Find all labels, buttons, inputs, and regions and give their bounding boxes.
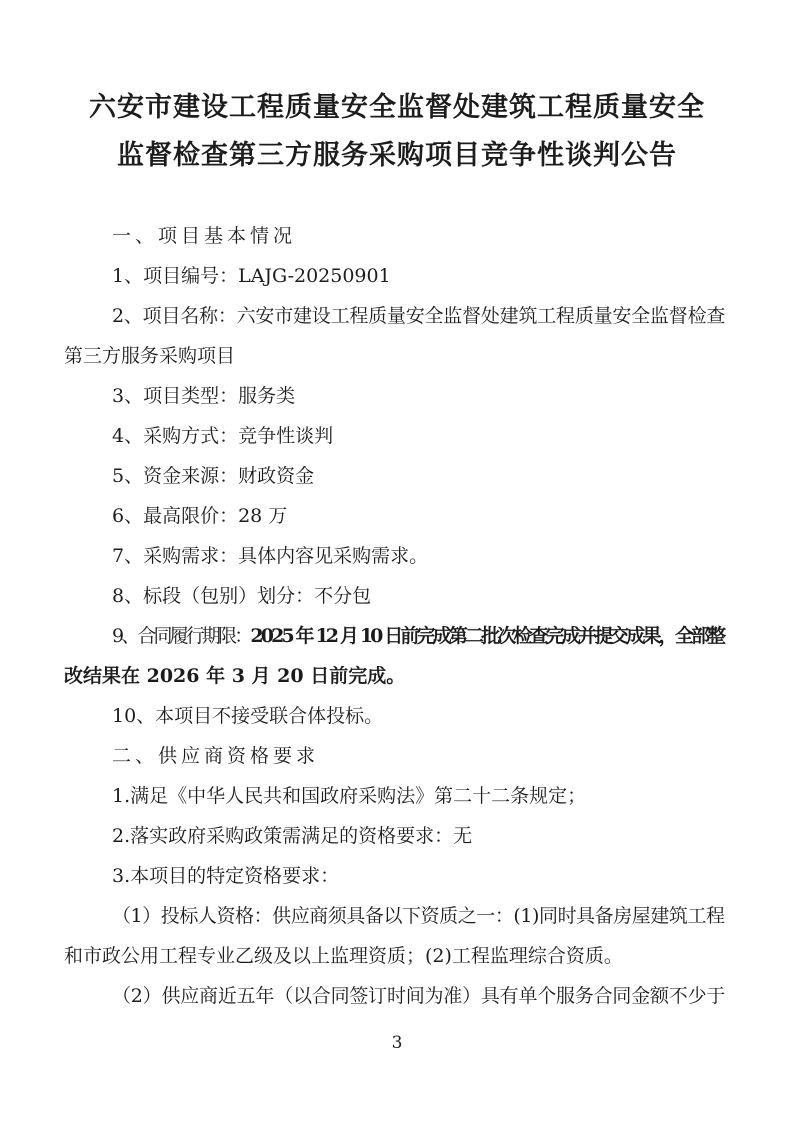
document-content: 六安市建设工程质量安全监督处建筑工程质量安全 监督检查第三方服务采购项目竞争性谈… [64, 0, 730, 1016]
body-text: 2、项目名称：六安市建设工程质量安全监督处建筑工程质量安全监督检查 [112, 305, 725, 327]
title-line-2: 监督检查第三方服务采购项目竞争性谈判公告 [64, 132, 730, 180]
paragraph-line: 3、项目类型：服务类 [64, 376, 730, 416]
document-body: 一、项目基本情况1、项目编号：LAJG-202509012、项目名称：六安市建设… [64, 216, 730, 1016]
document-title: 六安市建设工程质量安全监督处建筑工程质量安全 监督检查第三方服务采购项目竞争性谈… [64, 84, 730, 180]
paragraph-line: 2.落实政府采购政策需满足的资格要求：无 [64, 816, 730, 856]
body-text: 1.满足《中华人民共和国政府采购法》第二十二条规定； [112, 785, 586, 807]
body-text: （2）供应商近五年（以合同签订时间为准）具有单个服务合同金额不少于 [112, 985, 725, 1007]
body-text: 和市政公用工程专业乙级及以上监理资质；(2)工程监理综合资质。 [64, 945, 623, 967]
body-text: 5、资金来源：财政资金 [112, 465, 314, 487]
body-text: 第三方服务采购项目 [64, 345, 235, 367]
paragraph-line: 9、合同履行期限：2025 年 12 月 10 日前完成第二批次检查完成并提交成… [64, 616, 730, 656]
paragraph-line: 7、采购需求：具体内容见采购需求。 [64, 536, 730, 576]
body-text: 10、本项目不接受联合体投标。 [112, 705, 383, 727]
paragraph-line: 3.本项目的特定资格要求： [64, 856, 730, 896]
paragraph-line: 和市政公用工程专业乙级及以上监理资质；(2)工程监理综合资质。 [64, 936, 730, 976]
paragraph-line: 8、标段（包别）划分：不分包 [64, 576, 730, 616]
body-text: 8、标段（包别）划分：不分包 [112, 585, 371, 607]
body-text: 6、最高限价：28 万 [112, 505, 287, 527]
paragraph-line: 5、资金来源：财政资金 [64, 456, 730, 496]
paragraph-line: 10、本项目不接受联合体投标。 [64, 696, 730, 736]
body-text: 二、供应商资格要求 [112, 745, 319, 767]
page-number: 3 [0, 1030, 794, 1056]
paragraph-line: 一、项目基本情况 [64, 216, 730, 256]
body-text: 7、采购需求：具体内容见采购需求。 [112, 545, 428, 567]
body-text: 3、项目类型：服务类 [112, 385, 295, 407]
body-text: 1、项目编号：LAJG-20250901 [112, 265, 391, 287]
paragraph-line: 二、供应商资格要求 [64, 736, 730, 776]
paragraph-line: 4、采购方式：竞争性谈判 [64, 416, 730, 456]
bold-text: 改结果在 2026 年 3 月 20 日前完成。 [64, 665, 405, 687]
body-text: （1）投标人资格：供应商须具备以下资质之一：(1)同时具备房屋建筑工程 [112, 905, 725, 927]
paragraph-line: 1.满足《中华人民共和国政府采购法》第二十二条规定； [64, 776, 730, 816]
paragraph-line: 第三方服务采购项目 [64, 336, 730, 376]
body-text: 2.落实政府采购政策需满足的资格要求：无 [112, 825, 472, 847]
body-text: 3.本项目的特定资格要求： [112, 865, 339, 887]
paragraph-line: 6、最高限价：28 万 [64, 496, 730, 536]
paragraph-line: 2、项目名称：六安市建设工程质量安全监督处建筑工程质量安全监督检查 [64, 296, 730, 336]
paragraph-line: （2）供应商近五年（以合同签订时间为准）具有单个服务合同金额不少于 [64, 976, 730, 1016]
body-text: 9、合同履行期限： [112, 625, 250, 647]
paragraph-line: （1）投标人资格：供应商须具备以下资质之一：(1)同时具备房屋建筑工程 [64, 896, 730, 936]
bold-text: 2025 年 12 月 10 日前完成第二批次检查完成并提交成果，全部整 [250, 625, 723, 647]
paragraph-line: 改结果在 2026 年 3 月 20 日前完成。 [64, 656, 730, 696]
title-line-1: 六安市建设工程质量安全监督处建筑工程质量安全 [64, 84, 730, 132]
paragraph-line: 1、项目编号：LAJG-20250901 [64, 256, 730, 296]
body-text: 4、采购方式：竞争性谈判 [112, 425, 333, 447]
body-text: 一、项目基本情况 [112, 225, 296, 247]
document-page: 六安市建设工程质量安全监督处建筑工程质量安全 监督检查第三方服务采购项目竞争性谈… [0, 0, 794, 1123]
